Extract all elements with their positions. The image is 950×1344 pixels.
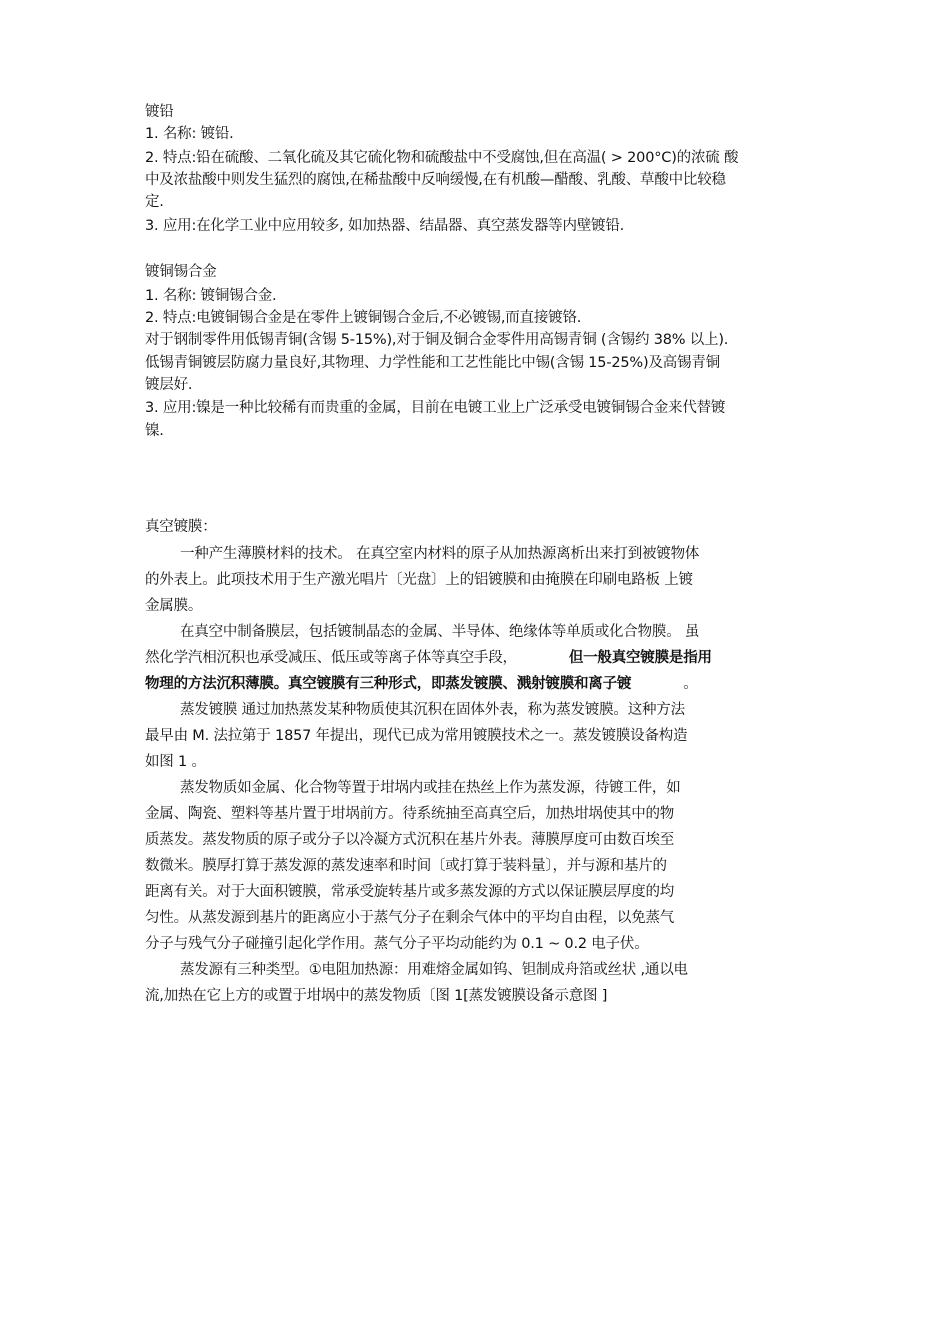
- section-title-lead-plating: 镀铅: [145, 102, 174, 122]
- text-line: 然化学汽相沉积也承受减压、低压或等离子体等真空手段，但一般真空镀膜是指用: [145, 648, 712, 668]
- text-line: 定.: [145, 192, 164, 212]
- text-line: 镍.: [145, 421, 164, 441]
- text-line: 质蒸发。蒸发物质的原子或分子以冷凝方式沉积在基片外表。薄膜厚度可由数百埃至: [145, 830, 674, 850]
- text-line: 1. 名称: 镀铅.: [145, 124, 234, 144]
- section-title-copper-tin: 镀铜锡合金: [145, 262, 217, 282]
- text-line: 分子与残气分子碰撞引起化学作用。蒸气分子平均动能约为 0.1 ~ 0.2 电子伏…: [145, 934, 649, 954]
- text-line: 对于钢制零件用低锡青铜(含锡 5-15%),对于铜及铜合金零件用高锡青铜 (含锡…: [145, 330, 728, 350]
- text-line: 低锡青铜镀层防腐力量良好,其物理、力学性能和工艺性能比中锡(含锡 15-25%)…: [145, 353, 720, 373]
- text-line: 3. 应用:在化学工业中应用较多, 如加热器、结晶器、真空蒸发器等内壁镀铅.: [145, 216, 624, 236]
- text-line: 流,加热在它上方的或置于坩埚中的蒸发物质〔图 1[蒸发镀膜设备示意图 ]: [145, 986, 607, 1006]
- text-line: 镀层好.: [145, 375, 192, 395]
- section-title-vacuum-coating: 真空镀膜：: [145, 517, 217, 537]
- text-line: 如图 1 。: [145, 752, 206, 772]
- text-line: 金属膜。: [145, 596, 202, 616]
- text-line: 一种产生薄膜材料的技术。 在真空室内材料的原子从加热源离析出来打到被镀物体: [180, 544, 699, 564]
- text-normal: 。: [683, 676, 697, 692]
- text-line: 距离有关。对于大面积镀膜，常承受旋转基片或多蒸发源的方式以保证膜层厚度的均: [145, 882, 674, 902]
- text-line: 蒸发源有三种类型。①电阻加热源：用难熔金属如钨、钽制成舟箔或丝状 ,通以电: [180, 960, 688, 980]
- text-line: 2. 特点:电镀铜锡合金是在零件上镀铜锡合金后,不必镀锡,而直接镀铬.: [145, 308, 581, 328]
- text-line: 蒸发物质如金属、化合物等置于坩埚内或挂在热丝上作为蒸发源，待镀工件，如: [180, 778, 681, 798]
- text-line: 1. 名称: 镀铜锡合金.: [145, 286, 276, 306]
- text-line: 匀性。从蒸发源到基片的距离应小于蒸气分子在剩余气体中的平均自由程，以免蒸气: [145, 908, 674, 928]
- document-page: 镀铅 1. 名称: 镀铅. 2. 特点:铅在硫酸、二氧化硫及其它硫化物和硫酸盐中…: [0, 0, 950, 1344]
- text-line: 中及浓盐酸中则发生猛烈的腐蚀,在稀盐酸中反响缓慢,在有机酸—醋酸、乳酸、草酸中比…: [145, 170, 726, 190]
- text-line: 3. 应用:镍是一种比较稀有而贵重的金属，目前在电镀工业上广泛承受电镀铜锡合金来…: [145, 398, 725, 418]
- text-line: 2. 特点:铅在硫酸、二氧化硫及其它硫化物和硫酸盐中不受腐蚀,但在高温( > 2…: [145, 148, 738, 168]
- text-normal: 然化学汽相沉积也承受减压、低压或等离子体等真空手段，: [145, 650, 517, 666]
- text-line: 最早由 M. 法拉第于 1857 年提出，现代已成为常用镀膜技术之一。蒸发镀膜设…: [145, 726, 687, 746]
- text-bold: 但一般真空镀膜是指用: [569, 650, 712, 666]
- text-line: 物理的方法沉积薄膜。真空镀膜有三种形式，即蒸发镀膜、溅射镀膜和离子镀。: [145, 674, 698, 694]
- text-line: 在真空中制备膜层，包括镀制晶态的金属、半导体、绝缘体等单质或化合物膜。 虽: [180, 622, 699, 642]
- text-line: 蒸发镀膜 通过加热蒸发某种物质使其沉积在固体外表，称为蒸发镀膜。这种方法: [180, 700, 685, 720]
- text-line: 数微米。膜厚打算于蒸发源的蒸发速率和时间〔或打算于装料量〕，并与源和基片的: [145, 856, 667, 876]
- text-line: 金属、陶瓷、塑料等基片置于坩埚前方。待系统抽至高真空后，加热坩埚使其中的物: [145, 804, 674, 824]
- text-bold: 物理的方法沉积薄膜。真空镀膜有三种形式，即蒸发镀膜、溅射镀膜和离子镀: [145, 676, 631, 692]
- text-line: 的外表上。此项技术用于生产激光唱片〔光盘〕上的铝镀膜和由掩膜在印刷电路板 上镀: [145, 570, 693, 590]
